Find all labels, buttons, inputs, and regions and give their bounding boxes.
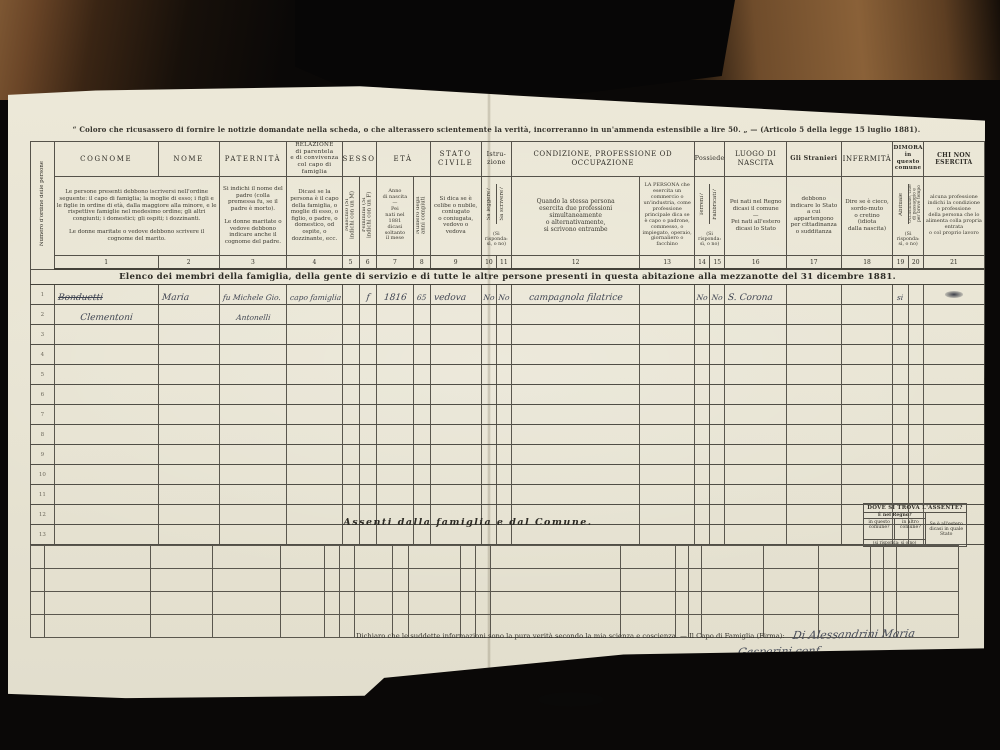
dimora-labels: AbitualeOccasionale, cioè di passaggio e… — [893, 176, 923, 256]
col-istruzione-title: Istru- zione — [481, 142, 511, 177]
grid-row: 4 — [31, 345, 985, 365]
entry-sesso: f — [359, 293, 376, 303]
relazione-instructions: Dicasi se la persona è il capo della fam… — [287, 176, 342, 256]
col-nome-title: NOME — [158, 142, 219, 177]
desk-wood-left — [0, 0, 330, 100]
declaration-line: Dichiaro che le suddette informazioni so… — [356, 628, 976, 641]
desk-wood-right — [690, 0, 1000, 80]
person-row-2: 2 Clementoni Antonelli — [31, 305, 985, 325]
desk-gap — [538, 692, 604, 707]
entry-paternita-2: Antonelli — [219, 313, 287, 322]
absent-estero-label: Se è all'estero dicasi in quale Stato — [926, 513, 966, 545]
head-of-family-signature: Di Alessandrini Maria — [792, 627, 916, 642]
entry-nome: Maria — [158, 293, 189, 303]
column-numbers-row: 12 34 56 78 910 1112 1314 1516 1718 1920… — [31, 256, 985, 270]
chi-instructions: alcuna professione indichi la condizione… — [923, 176, 984, 256]
col-numero-header: Numero d'ordine delle persone — [31, 142, 55, 270]
col-condizione-title: CONDIZIONE, PROFESSIONE OD OCCUPAZIONE — [511, 142, 694, 177]
condizione13-instructions: LA PERSONA che esercita un commercio o u… — [640, 176, 694, 256]
grid-row: 9 — [31, 445, 985, 465]
names-instructions: Le persone presenti debbono iscriversi n… — [54, 176, 219, 256]
grid-row: 5 — [31, 365, 985, 385]
grid-row: 6 — [31, 385, 985, 405]
entry-stato-civile: vedova — [430, 293, 466, 303]
sesso-f-label: Femmina (Si indichi con un F) — [359, 176, 376, 256]
col-infermita-title: INFERMITÀ — [841, 142, 893, 177]
census-table: Numero d'ordine delle persone COGNOME NO… — [30, 141, 985, 545]
entry-luogo-nascita: S. Corona — [725, 293, 774, 303]
absent-row — [31, 592, 959, 615]
entry-cognome-struck: Bonduetti — [54, 293, 103, 303]
col-possiede-title: Possiede — [694, 142, 725, 177]
col-stato-title: STATO CIVILE — [430, 142, 481, 177]
col-sesso-title: SESSO — [342, 142, 376, 177]
luogo-instructions: Pei nati nel Regno dicasi il comune — Pe… — [725, 176, 787, 256]
col-dimora-title: DIMORA in questo comune — [893, 142, 923, 177]
anno-nascita-label: Anno di nascita — Pei nati nel 1881 dica… — [376, 176, 414, 256]
entry-condizione: campagnola filatrice — [511, 293, 640, 303]
istruzione-labels: Sa leggere?Sa scrivere? (Si risponda: sì… — [481, 176, 511, 256]
col-eta-title: ETÀ — [376, 142, 430, 177]
person-row-1: 1 Bonduetti Maria fu Michele Gio. capo f… — [31, 285, 985, 305]
black-folder — [295, 0, 735, 95]
grid-row: 7 — [31, 405, 985, 425]
absent-row — [31, 546, 959, 569]
list-title: Elenco dei membri della famiglia, della … — [31, 269, 985, 285]
secondary-signature: Gasperini conf. — [737, 644, 824, 658]
col-stranieri-title: Gli Stranieri — [786, 142, 841, 177]
absent-row — [31, 569, 959, 592]
absent-box-title: DOVE SI TROVA L'ASSENTE? — [864, 504, 966, 513]
absent-table — [30, 545, 959, 638]
absent-section-title: Assenti dalla famiglia e dal Comune. — [148, 517, 788, 528]
paternita-instructions: Si indichi il nome del padre (colla prem… — [219, 176, 287, 256]
col-cognome-title: COGNOME — [54, 142, 158, 177]
entry-anni-compiuti: 65 — [414, 293, 430, 302]
anni-compiuti-label: Numero degli anni compiuti — [414, 176, 430, 256]
entry-sa-scrivere: No — [496, 293, 511, 302]
entry-paternita-1: fu Michele Gio. — [219, 293, 281, 302]
entry-anno-nascita: 1816 — [376, 293, 414, 303]
grid-row: 10 — [31, 465, 985, 485]
entry-fabbricati: No — [710, 293, 725, 302]
declaration-text: Dichiaro che le suddette informazioni so… — [356, 632, 785, 640]
entry-terreni: No — [694, 293, 709, 302]
col-relazione-title: RELAZIONE di parentela e di convivenza c… — [287, 142, 342, 177]
absent-altro-label: in altro comune? — [894, 519, 925, 539]
stato-instructions: Si dica se è celibe o nubile, coniugato … — [430, 176, 481, 256]
col-luogo-title: LUOGO DI NASCITA — [725, 142, 787, 177]
entry-dimora-abituale: si — [893, 293, 908, 302]
census-sheet: “ Coloro che ricusassero di fornire le n… — [8, 85, 985, 700]
legal-warning: “ Coloro che ricusassero di fornire le n… — [47, 125, 946, 134]
infermita-instructions: Dire se è cieco, sordo-muto o cretino (i… — [841, 176, 893, 256]
absent-location-box: DOVE SI TROVA L'ASSENTE? È nel Regno? in… — [863, 503, 967, 547]
condizione12-instructions: Quando la stessa persona esercita due pr… — [511, 176, 640, 256]
grid-row: 3 — [31, 325, 985, 345]
ink-smudge — [945, 291, 963, 298]
entry-relazione: capo famiglia — [287, 293, 342, 302]
entry-cognome: Clementoni — [54, 313, 158, 323]
stranieri-instructions: debbono indicare lo Stato a cui apparten… — [786, 176, 841, 256]
grid-row: 8 — [31, 425, 985, 445]
sesso-m-label: Maschio (Si indichi con un M) — [342, 176, 359, 256]
entry-sa-leggere: No — [481, 293, 496, 302]
grid-row: 11 — [31, 485, 985, 505]
possiede-labels: Terreni?Fabbricati? (Si risponda: sì, o … — [694, 176, 725, 256]
list-title-row: Elenco dei membri della famiglia, della … — [31, 269, 985, 285]
absent-questo-label: in questo comune? — [864, 519, 894, 539]
col-chi-title: CHI NON ESERCITA — [923, 142, 984, 177]
col-paternita-title: PATERNITÀ — [219, 142, 287, 177]
